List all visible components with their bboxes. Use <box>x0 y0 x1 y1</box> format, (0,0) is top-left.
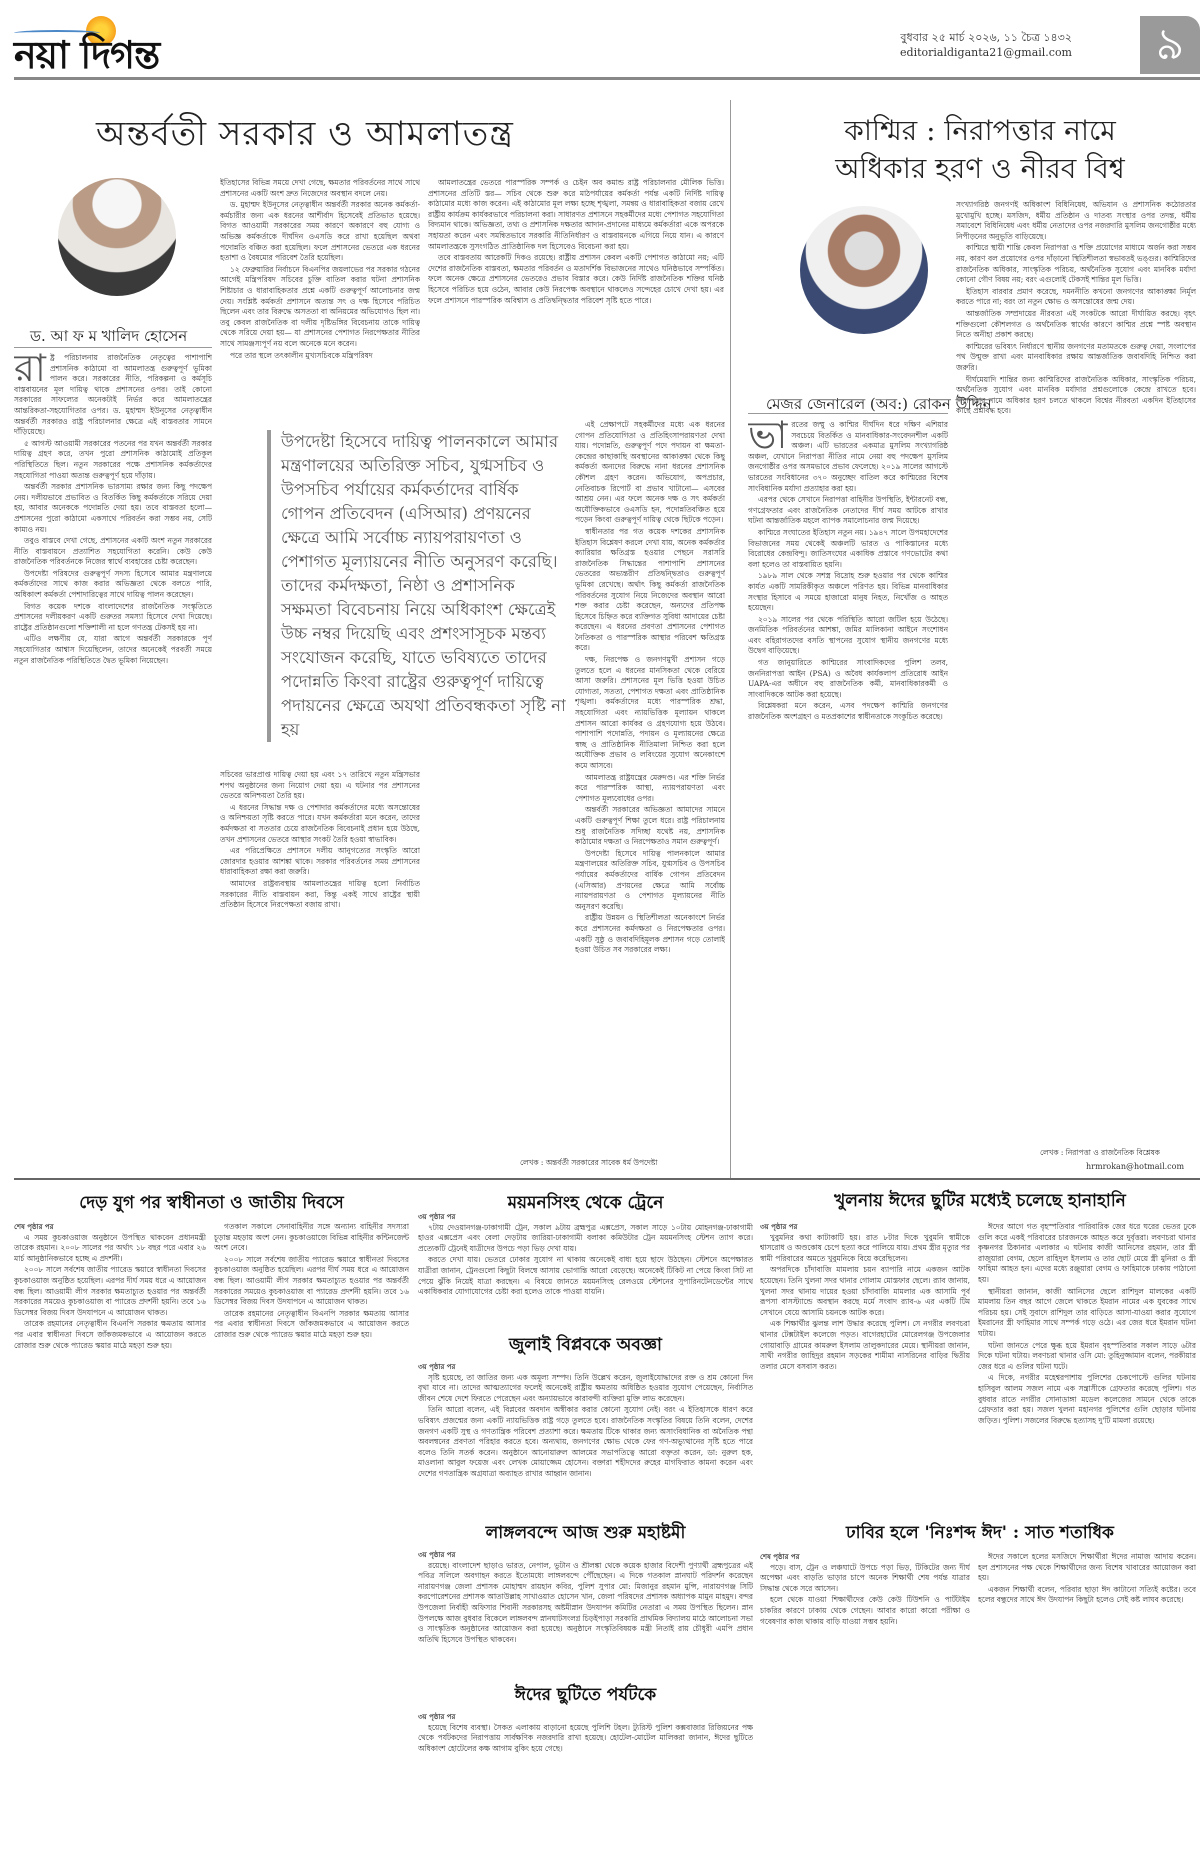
page-number-badge: ৯ <box>1140 16 1200 74</box>
paragraph: ড. মুহাম্মদ ইউনূসের নেতৃত্বাধীন অন্তর্বর… <box>220 200 420 264</box>
paragraph: ইতিহাস বারবার প্রমাণ করেছে, দমননীতি কখনো… <box>956 287 1196 308</box>
paragraph: গত জানুয়ারিতে কাশ্মিরের সাংবাদিকদের পুল… <box>748 658 948 700</box>
headline-right-line-1: কাশ্মির : নিরাপত্তার নামে <box>770 112 1190 150</box>
publication-date: বুধবার ২৫ মার্চ ২০২৬, ১১ চৈত্র ১৪৩২ <box>900 30 1072 45</box>
paragraph: এর পরিপ্রেক্ষিতে প্রশাসনে দলীয় আনুগত্যে… <box>220 846 420 878</box>
paragraph: এই প্রেক্ষাপটে সহকর্মীদের মধ্যে এক ধরনের… <box>575 420 725 526</box>
continued-label: ৩য় পৃষ্ঠার পর <box>418 1550 753 1561</box>
paragraph: দীর্ঘমেয়াদি শান্তির জন্য কাশ্মিরিদের রা… <box>956 375 1196 417</box>
byline-divider-right <box>748 413 948 414</box>
paragraph: ঈদের সকালে হলের মসজিদে শিক্ষার্থীরা ঈদের… <box>978 1552 1196 1584</box>
article-right-column-1: ভা রতের জম্মু ও কাশ্মির দীর্ঘদিন ধরে দক্… <box>748 420 948 1160</box>
paragraph: ৫ আগস্ট আওয়ামী সরকারের পতনের পর যখন অন্… <box>14 439 212 481</box>
author-note-right: লেখক : নিরাপত্তা ও রাজনৈতিক বিশ্লেষক <box>1040 1148 1160 1160</box>
paragraph: ২০১৯ সালের পর থেকে পরিস্থিতি আরো জটিল হয… <box>748 615 948 657</box>
story-headline[interactable]: খুলনায় ঈদের ছুটির মধ্যেই চলেছে হানাহানি <box>760 1188 1200 1216</box>
author-photo-right <box>800 206 928 334</box>
paragraph: ৭টায় দেওয়ানগঞ্জ-ঢাকাগামী ট্রেন, সকাল ৯… <box>418 1223 753 1255</box>
continued-label: ৩য় পৃষ্ঠার পর <box>418 1712 753 1723</box>
masthead-divider <box>14 77 1200 80</box>
paragraph: এটিও লক্ষণীয় যে, যারা আগে অন্তর্বর্তী স… <box>14 634 212 666</box>
article-left-column-3b: এই প্রেক্ষাপটে সহকর্মীদের মধ্যে এক ধরনের… <box>575 420 725 1155</box>
byline-divider-left <box>14 347 212 348</box>
paragraph: সৃষ্টি হয়েছে, তা জাতির জন্য এক অমূল্য স… <box>418 1373 753 1405</box>
paragraph: তিনি আরো বলেন, এই বিপ্লবের অবদান অস্বীকা… <box>418 1405 753 1479</box>
paragraph: সচিবের ভারপ্রাপ্ত দায়িত্ব দেয়া হয় এবং… <box>220 770 420 802</box>
paragraph: কাশ্মিরে সংঘাতের ইতিহাস নতুন নয়। ১৯৪৭ স… <box>748 528 948 570</box>
paragraph: অন্তর্বর্তী সরকার প্রশাসনিক ভারসাম্য রক্… <box>14 482 212 535</box>
article-right-column-2: সংখ্যাগরিষ্ঠ জনগণই অধিকাংশ বিধিনিষেধ, অভ… <box>956 200 1196 1155</box>
story-column: ৩য় পৃষ্ঠার পর খুবুমনির কথা কাটাকাটি হয়… <box>760 1222 970 1512</box>
paragraph: ঈদের আগে গত বৃহস্পতিবার পারিবারিক জের ধর… <box>978 1222 1196 1286</box>
paragraph: একজন শিক্ষার্থী বলেন, পরিবার ছাড়া ঈদ কা… <box>978 1585 1196 1606</box>
paragraph: উপদেষ্টা হিসেবে দায়িত্ব পালনকালে আমার ম… <box>575 849 725 913</box>
newspaper-logo[interactable]: নয়া দিগন্ত <box>14 14 214 69</box>
paragraph: তারেক রহমানের নেতৃত্বাধীন বিএনপি সরকার ক… <box>214 1309 409 1341</box>
paragraph: পরে তার স্থলে তৎকালীন মুখ্যসচিবকে মন্ত্র… <box>220 351 420 362</box>
story-column: গতকাল সকালে সেনাবাহিনীর সঙ্গে অন্যান্য ব… <box>214 1222 409 1862</box>
paragraph: স্থানীয়রা জানান, কাজী আনিসের ছেলে রাশিদ… <box>978 1287 1196 1340</box>
continued-label: ৩য় পৃষ্ঠার পর <box>760 1222 970 1233</box>
dropcap-right: ভা <box>748 420 787 450</box>
paragraph: স্বাধীনতার পর গত কয়েক দশকের প্রশাসনিক ই… <box>575 527 725 654</box>
continued-label: শেষ পৃষ্ঠার পর <box>14 1222 206 1233</box>
pull-quote: উপদেষ্টা হিসেবে দায়িত্ব পালনকালে আমার ম… <box>267 430 567 742</box>
paragraph: ঘটনা জানতে পেরে ক্ষুব্ধ হয়ে ইমরান বৃহস্… <box>978 1341 1196 1373</box>
paragraph: সংখ্যাগরিষ্ঠ জনগণই অধিকাংশ বিধিনিষেধ, অভ… <box>956 200 1196 242</box>
paragraph: উপদেষ্টা পরিষদের গুরুত্বপূর্ণ সদস্য হিসে… <box>14 569 212 601</box>
dropcap-left: রা <box>14 353 46 383</box>
paragraph: এরপর থেকে সেখানে নিরাপত্তা বাহিনীর উপস্থ… <box>748 495 948 527</box>
headline-right-line-2: অধিকার হরণ ও নীরব বিশ্ব <box>770 150 1190 188</box>
story-column: শেষ পৃষ্ঠার পর এ সময় কুচকাওয়াজ অনুষ্ঠা… <box>14 1222 206 1862</box>
paragraph: রাষ্ট্রীয় উন্নয়ন ও স্থিতিশীলতা অনেকাংশ… <box>575 913 725 955</box>
paragraph: ২০০৮ সালে সর্বশেষ জাতীয় প্যারেড স্কয়ার… <box>214 1255 409 1308</box>
headline-right: কাশ্মির : নিরাপত্তার নামে অধিকার হরণ ও ন… <box>770 112 1190 188</box>
paragraph: ২০০৮ সালে সর্বশেষ জাতীয় প্যারেড স্কয়ার… <box>14 1265 206 1318</box>
paragraph: তারেক রহমানের নেতৃত্বাধীন বিএনপি সরকার ক… <box>14 1319 206 1351</box>
paragraph: অন্তর্বর্তী সরকারের অভিজ্ঞতা আমাদের সামন… <box>575 805 725 847</box>
masthead: নয়া দিগন্ত বুধবার ২৫ মার্চ ২০২৬, ১১ চৈত… <box>0 0 1200 78</box>
paragraph: কাশ্মিরে স্থায়ী শান্তি কেবল নিরাপত্তা ও… <box>956 243 1196 285</box>
article-left-column-2b: সচিবের ভারপ্রাপ্ত দায়িত্ব দেয়া হয় এবং… <box>220 770 420 1170</box>
author-photo-left <box>58 178 176 296</box>
paragraph: আন্তর্জাতিক সম্প্রদায়ের নীরবতা এই সংকটক… <box>956 309 1196 341</box>
story-column: ৩য় পৃষ্ঠার পর ৭টায় দেওয়ানগঞ্জ-ঢাকাগাম… <box>418 1212 753 1322</box>
headline-left: অন্তর্বতী সরকার ও আমলাতন্ত্র <box>96 108 514 165</box>
paragraph: বিশ্লেষকরা মনে করেন, এসব পদক্ষেপ কাশ্মির… <box>748 701 948 722</box>
story-headline[interactable]: ঈদের ছুটিতে পর্যটকে <box>418 1682 753 1710</box>
paragraph: অপরদিকে চাঁদাবাজি মামলায় চয়ন ব্যাপারি … <box>760 1265 970 1318</box>
continued-label: ৩য় পৃষ্ঠার পর <box>418 1212 753 1223</box>
paragraph: কাশ্মিরের ভবিষ্যৎ নির্ধারণে স্থানীয় জনগ… <box>956 342 1196 374</box>
paragraph: ১৯৮৯ সাল থেকে সশস্ত্র বিদ্রোহ শুরু হওয়া… <box>748 571 948 613</box>
article-left-column-1: রা ষ্ট্র পরিচালনায় রাজনৈতিক নেতৃত্বের প… <box>14 353 212 1173</box>
paragraph: হয়েছে বিশেষ ব্যবস্থা। সৈকত এলাকায় বাড়… <box>418 1723 753 1755</box>
paragraph: ইতিহাসের বিভিন্ন সময়ে দেখা গেছে, ক্ষমতা… <box>220 178 420 199</box>
author-note-left: লেখক : অন্তর্বর্তী সরকারের সাবেক ধর্ম উপ… <box>520 1158 657 1170</box>
article-left-column-2: ইতিহাসের বিভিন্ন সময়ে দেখা গেছে, ক্ষমতা… <box>220 178 420 414</box>
story-column: ঈদের আগে গত বৃহস্পতিবার পারিবারিক জের ধর… <box>978 1222 1196 1512</box>
story-column: ৩য় পৃষ্ঠার পর সৃষ্টি হয়েছে, তা জাতির জ… <box>418 1362 753 1512</box>
paragraph: ১২ ফেব্রুয়ারির নির্বাচনে বিএনপির জয়লাভ… <box>220 265 420 350</box>
paragraph: এ সময় কুচকাওয়াজ অনুষ্ঠানে উপস্থিত থাকব… <box>14 1233 206 1265</box>
paragraph: তবে বাস্তবতায় আরেকটি দিকও রয়েছে। রাষ্ট… <box>428 253 724 306</box>
story-headline[interactable]: লাঙ্গলবন্দে আজ শুরু মহাষ্টমী <box>418 1520 753 1548</box>
paragraph: আমলাতন্ত্র রাষ্ট্রযন্ত্রের মেরুদণ্ড। এর … <box>575 773 725 805</box>
editorial-email[interactable]: editorialdiganta21@gmail.com <box>900 45 1072 60</box>
paragraph: এ দিকে, নগরীর মহেশ্বরপাশায় পুলিশের চেকপ… <box>978 1373 1196 1426</box>
paragraph: বিগত কয়েক দশকে বাংলাদেশের রাজনৈতিক সংস্… <box>14 602 212 634</box>
paragraph: আমাদের রাষ্ট্রব্যবস্থায় আমলাতন্ত্রের দা… <box>220 879 420 911</box>
author-email-right[interactable]: hrmrokan@hotmail.com <box>1086 1162 1184 1171</box>
paragraph: হলে থেকে যাওয়া শিক্ষার্থীদের কেউ কেউ টি… <box>760 1595 970 1627</box>
paragraph: এ ধরনের সিদ্ধান্ত দক্ষ ও পেশাদার কর্মকর্… <box>220 803 420 845</box>
paragraph: দক্ষ, নিরপেক্ষ ও জনগণমুখী প্রশাসন গড়ে ত… <box>575 655 725 772</box>
continued-label: ৩য় পৃষ্ঠার পর <box>418 1362 753 1373</box>
continued-label: শেষ পৃষ্ঠার পর <box>760 1552 970 1563</box>
paragraph: এক শিক্ষার্থীর ঝুলন্ত লাশ উদ্ধার করেছে প… <box>760 1319 970 1372</box>
paragraph: রয়েছে। বাংলাদেশ ছাড়াও ভারত, নেপাল, ভুট… <box>418 1561 753 1646</box>
story-headline[interactable]: জুলাই বিপ্লবকে অবজ্ঞা <box>418 1332 753 1360</box>
logo-text: নয়া দিগন্ত <box>14 26 159 90</box>
column-divider <box>730 100 731 1180</box>
story-column: শেষ পৃষ্ঠার পর পড়ে। বাস, ট্রেন ও লঞ্চঘা… <box>760 1552 970 1862</box>
story-headline[interactable]: ঢাবির হলে 'নিঃশব্দ ঈদ' : সাত শতাধিক <box>760 1520 1200 1548</box>
paragraph: গতকাল সকালে সেনাবাহিনীর সঙ্গে অন্যান্য ব… <box>214 1222 409 1254</box>
paragraph: খুবুমনির কথা কাটাকাটি হয়। রাত ৮টার দিকে… <box>760 1233 970 1265</box>
article-left-column-3a: আমলাতন্ত্রের ভেতরে পারস্পরিক সম্পর্ক ও চ… <box>428 178 724 418</box>
story-column: ঈদের সকালে হলের মসজিদে শিক্ষার্থীরা ঈদের… <box>978 1552 1196 1862</box>
section-divider <box>14 1178 1200 1180</box>
dateline: বুধবার ২৫ মার্চ ২০২৬, ১১ চৈত্র ১৪৩২ edit… <box>900 30 1072 60</box>
paragraph: আমলাতন্ত্রের ভেতরে পারস্পরিক সম্পর্ক ও চ… <box>428 178 724 252</box>
story-column: ৩য় পৃষ্ঠার পর রয়েছে। বাংলাদেশ ছাড়াও ভ… <box>418 1550 753 1670</box>
paragraph: পড়ে। বাস, ট্রেন ও লঞ্চঘাটে উপচে পড়া ভি… <box>760 1563 970 1595</box>
paragraph: তবুও বাস্তবে দেখা গেছে, প্রশাসনের একটি অ… <box>14 536 212 568</box>
paragraph: করতে দেখা যায়। ভেতরে ঢোকার সুযোগ না থাক… <box>418 1255 753 1297</box>
story-column: ৩য় পৃষ্ঠার পর হয়েছে বিশেষ ব্যবস্থা। সৈ… <box>418 1712 753 1862</box>
story-headline[interactable]: দেড় যুগ পর স্বাধীনতা ও জাতীয় দিবসে <box>14 1190 409 1218</box>
